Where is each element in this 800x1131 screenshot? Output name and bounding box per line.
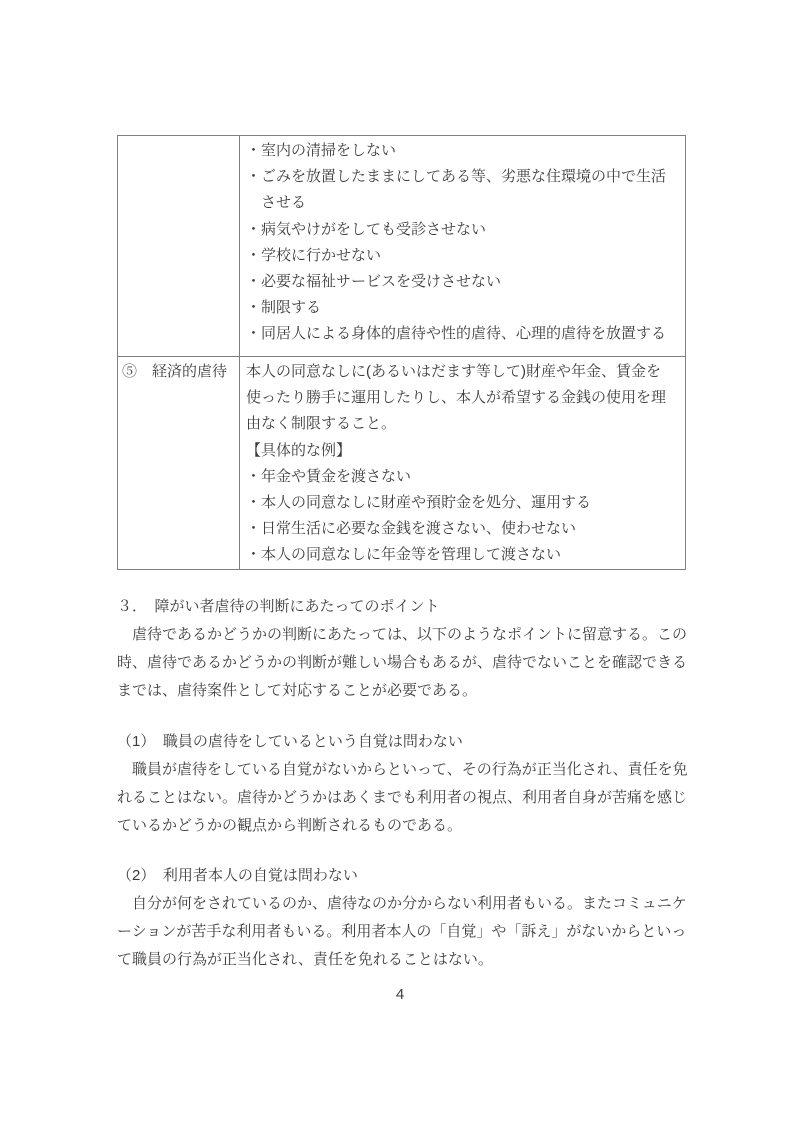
- text-line: て職員の行為が正当化され、責任を免れることはない。: [117, 946, 702, 974]
- text-line: ・病気やけがをしても受診させない: [246, 217, 679, 243]
- text-line: ・制限する: [246, 295, 679, 321]
- section-heading: ３． 障がい者虐待の判断にあたってのポイント: [117, 593, 702, 621]
- text-line: れることはない。虐待かどうかはあくまでも利用者の視点、利用者自身が苦痛を感じ: [117, 784, 702, 812]
- text-line: ・本人の同意なしに年金等を管理して渡さない: [246, 542, 679, 568]
- text-line: 本人の同意なしに(あるいはだます等して)財産や年金、賃金を: [246, 359, 679, 385]
- section-heading: （2） 利用者本人の自覚は問わない: [117, 862, 702, 890]
- section-judgment-points: ３． 障がい者虐待の判断にあたってのポイント 虐待であるかどうかの判断にあたって…: [117, 593, 702, 705]
- text-line: 使ったり勝手に運用したりし、本人が希望する金銭の使用を理: [246, 385, 679, 411]
- section-body: 虐待であるかどうかの判断にあたっては、以下のようなポイントに留意する。この時、虐…: [117, 621, 702, 705]
- text-line: ているかどうかの観点から判断されるものである。: [117, 812, 702, 840]
- abuse-examples-table: ・室内の清掃をしない・ごみを放置したままにしてある等、劣悪な住環境の中で生活 さ…: [117, 135, 686, 570]
- text-line: 時、虐待であるかどうかの判断が難しい場合もあるが、虐待でないことを確認できる: [117, 649, 702, 677]
- section-heading: （1） 職員の虐待をしているという自覚は問わない: [117, 728, 702, 756]
- text-line: までは、虐待案件として対応することが必要である。: [117, 677, 702, 705]
- section-staff-awareness: （1） 職員の虐待をしているという自覚は問わない 職員が虐待をしている自覚がない…: [117, 728, 702, 840]
- table-label-cell: ⑤ 経済的虐待: [118, 357, 240, 570]
- table-row-economic-abuse: ⑤ 経済的虐待 本人の同意なしに(あるいはだます等して)財産や年金、賃金を使った…: [118, 357, 686, 570]
- text-line: ・本人の同意なしに財産や預貯金を処分、運用する: [246, 490, 679, 516]
- document-page: ・室内の清掃をしない・ごみを放置したままにしてある等、劣悪な住環境の中で生活 さ…: [0, 0, 800, 1131]
- text-line: ・同居人による身体的虐待や性的虐待、心理的虐待を放置する: [246, 321, 679, 347]
- text-line: ・必要な福祉サービスを受けさせない: [246, 269, 679, 295]
- text-line: 由なく制限すること。: [246, 411, 679, 437]
- text-line: 虐待であるかどうかの判断にあたっては、以下のようなポイントに留意する。この: [117, 621, 702, 649]
- text-line: ・年金や賃金を渡さない: [246, 464, 679, 490]
- table-row-label: ⑤ 経済的虐待: [122, 359, 235, 385]
- table-content-cell: 本人の同意なしに(あるいはだます等して)財産や年金、賃金を使ったり勝手に運用した…: [240, 357, 686, 570]
- text-line: ーションが苦手な利用者もいる。利用者本人の「自覚」や「訴え」がないからといっ: [117, 918, 702, 946]
- text-line: 自分が何をされているのか、虐待なのか分からない利用者もいる。またコミュニケ: [117, 890, 702, 918]
- section-body: 自分が何をされているのか、虐待なのか分からない利用者もいる。またコミュニケーショ…: [117, 890, 702, 974]
- section-body: 職員が虐待をしている自覚がないからといって、その行為が正当化され、責任を免れるこ…: [117, 756, 702, 840]
- text-line: ・日常生活に必要な金銭を渡さない、使わせない: [246, 516, 679, 542]
- text-line: ・学校に行かせない: [246, 243, 679, 269]
- text-line: ・室内の清掃をしない: [246, 138, 679, 164]
- text-line: させる: [246, 190, 679, 216]
- section-user-awareness: （2） 利用者本人の自覚は問わない 自分が何をされているのか、虐待なのか分からな…: [117, 862, 702, 974]
- text-line: 【具体的な例】: [246, 438, 679, 464]
- page-number: 4: [0, 981, 800, 1009]
- text-line: ・ごみを放置したままにしてある等、劣悪な住環境の中で生活: [246, 164, 679, 190]
- table-label-cell: [118, 136, 240, 357]
- table-row-neglect: ・室内の清掃をしない・ごみを放置したままにしてある等、劣悪な住環境の中で生活 さ…: [118, 136, 686, 357]
- text-line: 職員が虐待をしている自覚がないからといって、その行為が正当化され、責任を免: [117, 756, 702, 784]
- table-content-cell: ・室内の清掃をしない・ごみを放置したままにしてある等、劣悪な住環境の中で生活 さ…: [240, 136, 686, 357]
